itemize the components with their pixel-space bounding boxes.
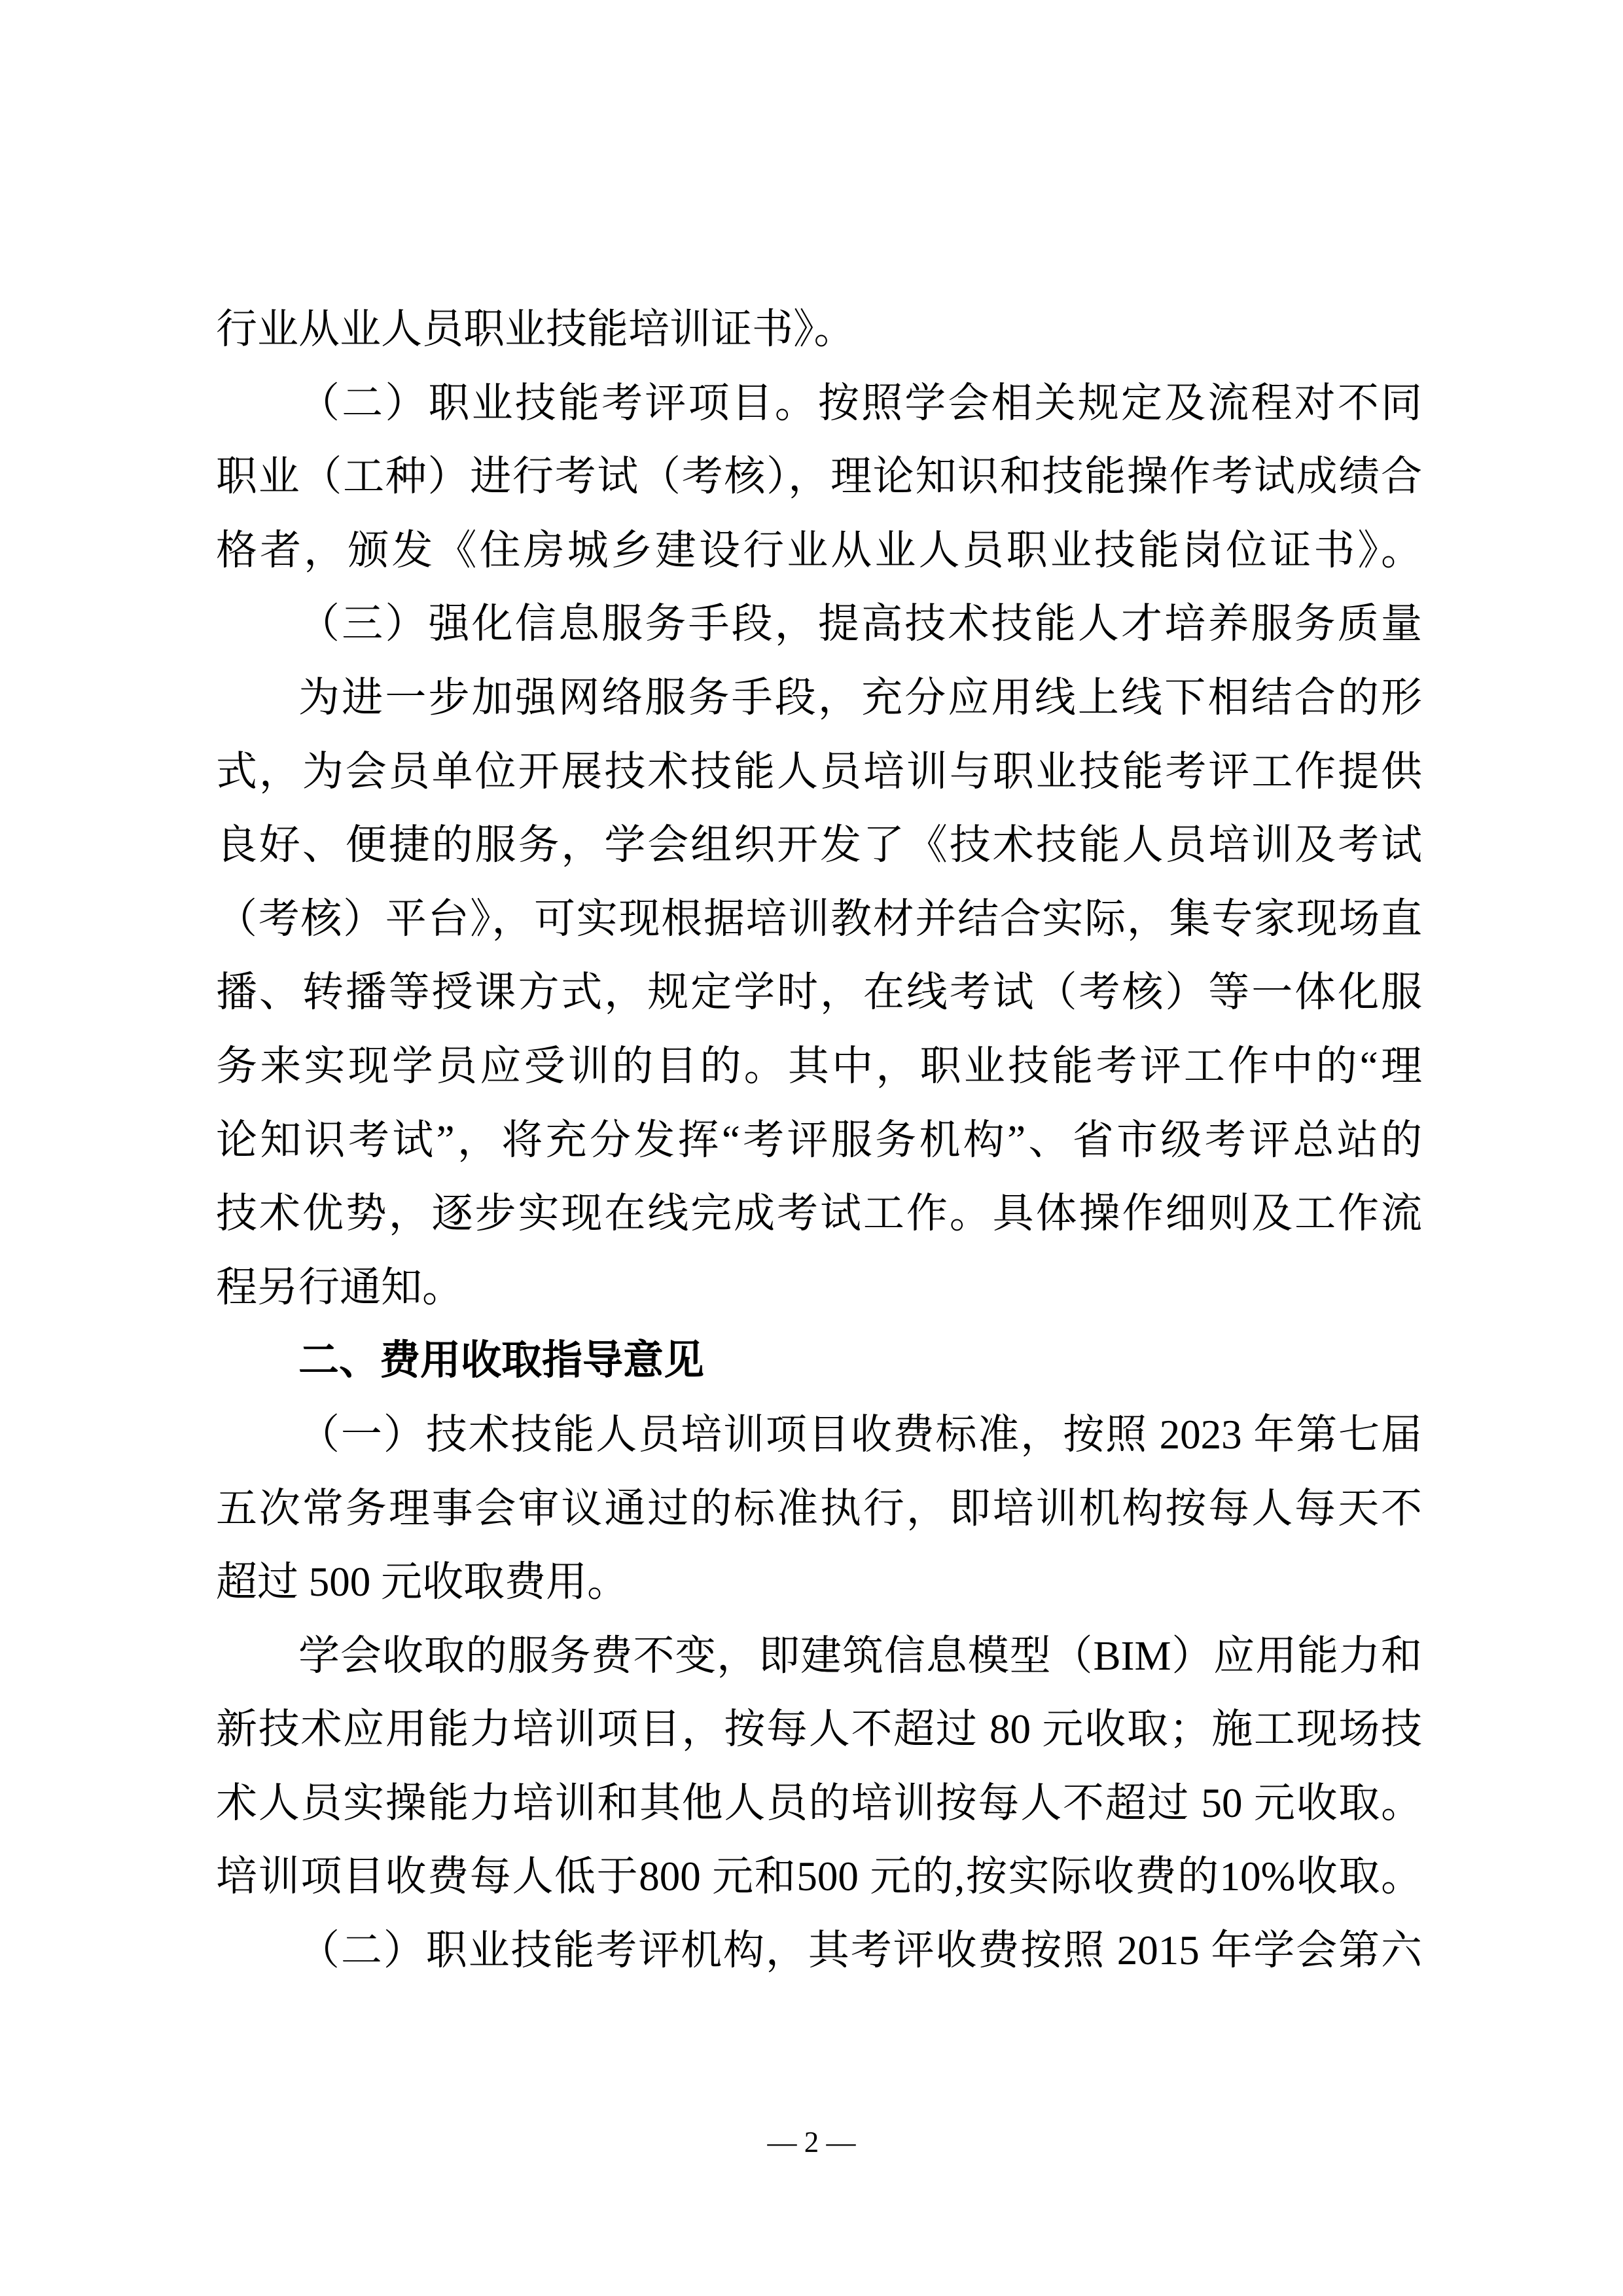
body-line: 务来实现学员应受训的目的。其中，职业技能考评工作中的“理: [216, 1030, 1422, 1103]
body-line: 培训项目收费每人低于800 元和500 元的,按实际收费的10%收取。: [216, 1840, 1422, 1914]
body-line: 五次常务理事会审议通过的标准执行，即培训机构按每人每天不: [216, 1472, 1422, 1546]
body-line: 技术优势，逐步实现在线完成考试工作。具体操作细则及工作流: [216, 1177, 1422, 1251]
body-line: 超过 500 元收取费用。: [216, 1545, 1422, 1619]
body-line: 程另行通知。: [216, 1251, 1422, 1325]
body-line: （二）职业技能考评项目。按照学会相关规定及流程对不同: [216, 367, 1422, 440]
document-page: 行业从业人员职业技能培训证书》。 （二）职业技能考评项目。按照学会相关规定及流程…: [0, 0, 1623, 2296]
page-number: — 2 —: [0, 2123, 1623, 2162]
body-line: 为进一步加强网络服务手段，充分应用线上线下相结合的形: [216, 661, 1422, 735]
document-body: 行业从业人员职业技能培训证书》。 （二）职业技能考评项目。按照学会相关规定及流程…: [216, 293, 1422, 1988]
subsection-heading-line: （三）强化信息服务手段，提高技术技能人才培养服务质量: [216, 587, 1422, 661]
body-line: 论知识考试”，将充分发挥“考评服务机构”、省市级考评总站的: [216, 1103, 1422, 1177]
body-line: 播、转播等授课方式，规定学时，在线考试（考核）等一体化服: [216, 956, 1422, 1030]
body-line: （考核）平台》，可实现根据培训教材并结合实际，集专家现场直: [216, 882, 1422, 956]
body-line: 职业（工种）进行考试（考核），理论知识和技能操作考试成绩合: [216, 440, 1422, 514]
body-line: 学会收取的服务费不变，即建筑信息模型（BIM）应用能力和: [216, 1619, 1422, 1693]
body-line: （二）职业技能考评机构，其考评收费按照 2015 年学会第六: [216, 1914, 1422, 1988]
section-heading: 二、费用收取指导意见: [216, 1324, 1422, 1398]
body-line: 术人员实操能力培训和其他人员的培训按每人不超过 50 元收取。: [216, 1767, 1422, 1840]
body-line: 新技术应用能力培训项目，按每人不超过 80 元收取；施工现场技: [216, 1693, 1422, 1767]
body-line: 行业从业人员职业技能培训证书》。: [216, 293, 1422, 367]
body-line: （一）技术技能人员培训项目收费标准，按照 2023 年第七届: [216, 1398, 1422, 1472]
body-line: 格者，颁发《住房城乡建设行业从业人员职业技能岗位证书》。: [216, 514, 1422, 588]
body-line: 式，为会员单位开展技术技能人员培训与职业技能考评工作提供: [216, 735, 1422, 809]
body-line: 良好、便捷的服务，学会组织开发了《技术技能人员培训及考试: [216, 808, 1422, 882]
